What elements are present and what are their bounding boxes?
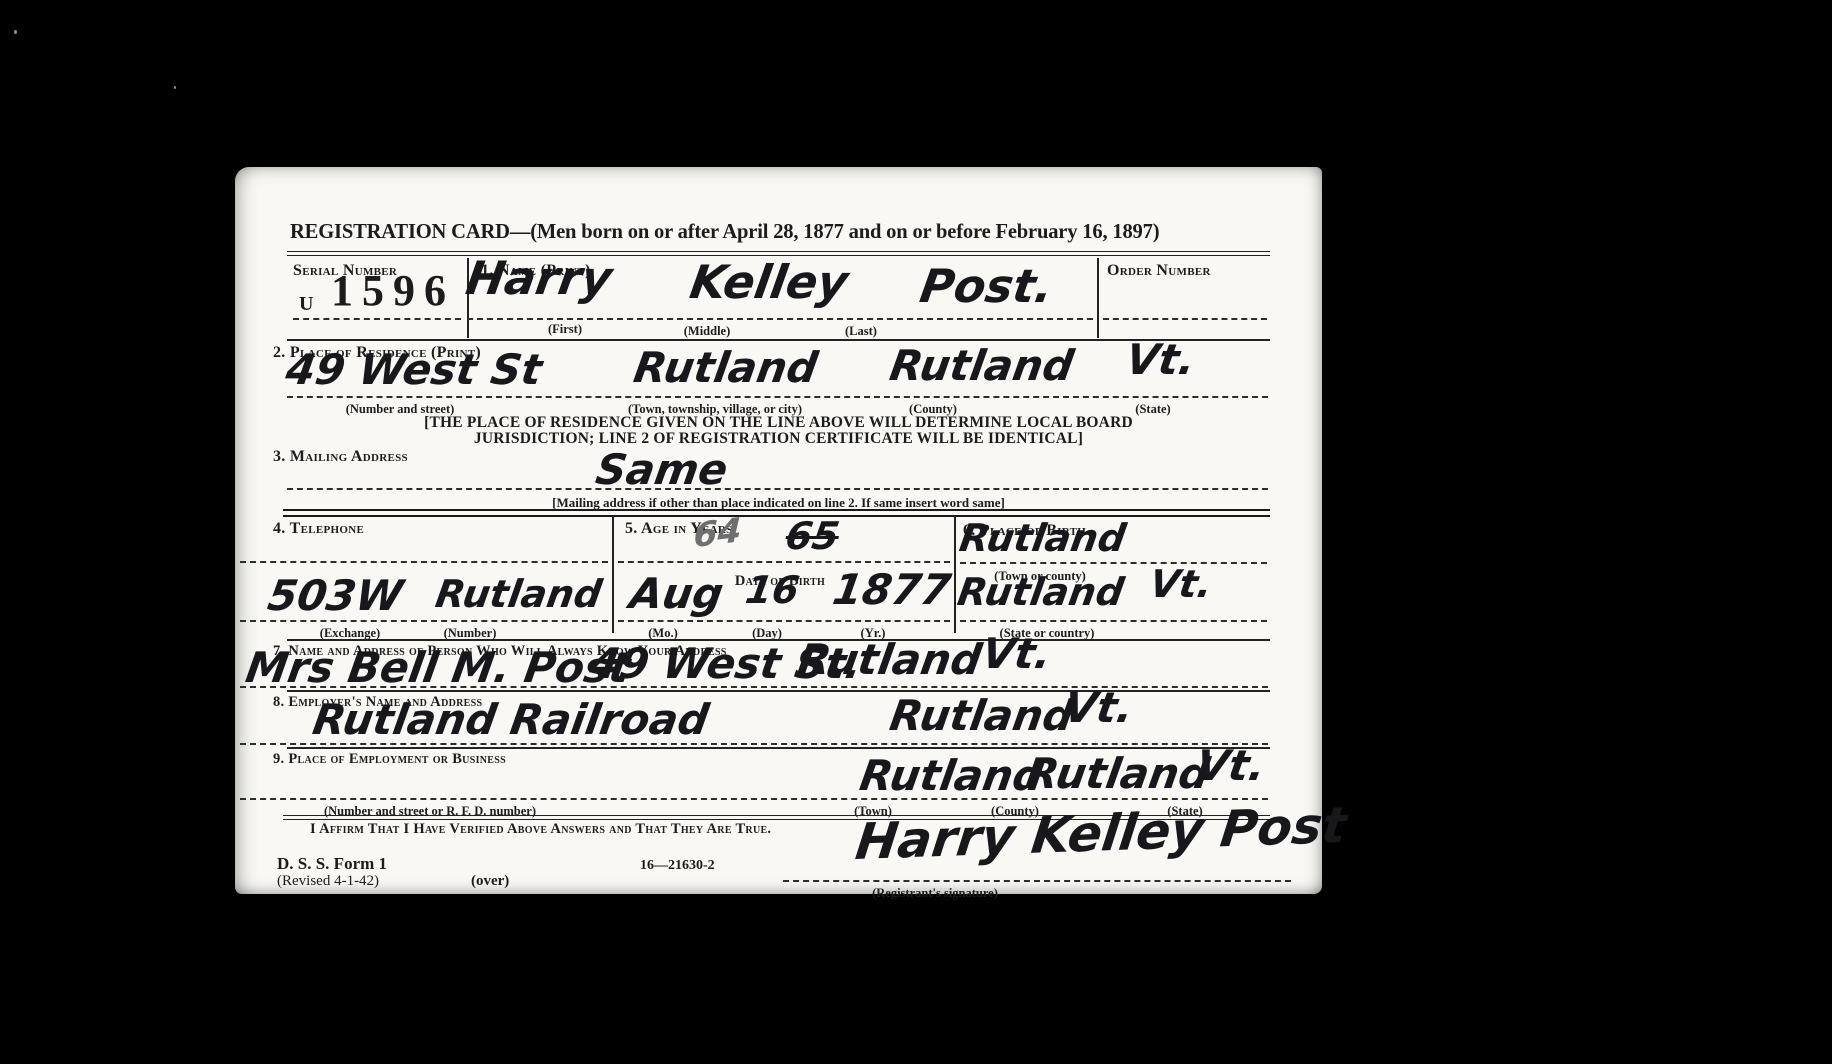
- employment-state-handwritten: Vt.: [1193, 745, 1268, 787]
- mailing-address-handwritten: Same: [593, 449, 730, 491]
- affirmation-text: I Affirm That I Have Verified Above Answ…: [310, 821, 771, 838]
- dob-month-handwritten: Aug: [627, 573, 726, 615]
- age-write-line: [618, 561, 950, 563]
- signature-line: [783, 880, 1291, 882]
- birth-state-abbr-handwritten: Vt.: [1147, 565, 1215, 603]
- residence-town-handwritten: Rutland: [631, 347, 820, 389]
- contact-town-handwritten: Rutland: [795, 639, 984, 681]
- column-divider: [954, 516, 956, 633]
- telephone-number-handwritten: Rutland: [433, 575, 604, 613]
- employment-county-handwritten: Rutland: [1023, 753, 1212, 795]
- dob-day-handwritten: 16: [743, 571, 802, 609]
- scan-speck: [174, 86, 176, 89]
- residence-write-line: [287, 396, 1268, 398]
- mailing-write-line: [287, 488, 1268, 490]
- birth-state-write-line: [960, 620, 1267, 622]
- order-write-line: [1103, 318, 1267, 320]
- column-divider: [612, 516, 614, 633]
- employment-write-line: [240, 798, 1268, 800]
- residence-street-handwritten: 49 West St: [283, 349, 545, 391]
- employer-state-handwritten: Vt.: [1061, 687, 1136, 729]
- employer-name-handwritten: Rutland Railroad: [310, 699, 711, 741]
- serial-number-value: 1596: [331, 269, 455, 313]
- name-write-line: [467, 318, 1093, 320]
- employment-label: 9. Place of Employment or Business: [273, 751, 506, 768]
- contact-state-handwritten: Vt.: [979, 633, 1054, 675]
- column-divider: [1097, 258, 1099, 338]
- contact-name-handwritten: Mrs Bell M. Post: [243, 647, 633, 689]
- mailing-address-label: 3. Mailing Address: [273, 448, 408, 466]
- dob-write-line: [618, 620, 950, 622]
- employer-town-handwritten: Rutland: [887, 695, 1076, 737]
- age-value-struck-handwritten: 65: [783, 517, 842, 555]
- sub-last: (Last): [845, 324, 877, 339]
- birth-state-handwritten: Rutland: [955, 573, 1126, 611]
- name-first-handwritten: Harry: [463, 255, 615, 301]
- residence-county-handwritten: Rutland: [887, 345, 1076, 387]
- employment-town-handwritten: Rutland: [857, 755, 1046, 797]
- print-code: 16—21630-2: [640, 858, 715, 874]
- jurisdiction-notice-line2: JURISDICTION; LINE 2 OF REGISTRATION CER…: [287, 430, 1270, 448]
- form-number: D. S. S. Form 1: [277, 854, 387, 874]
- registrant-signature-handwritten: Harry Kelley Post: [853, 800, 1349, 867]
- sub-registrant-signature: (Registrant's signature): [872, 886, 998, 901]
- residence-state-handwritten: Vt.: [1123, 339, 1198, 381]
- serial-write-line: [293, 318, 461, 320]
- scan-background: REGISTRATION CARD—(Men born on or after …: [0, 0, 1832, 1064]
- scan-speck: [14, 30, 17, 34]
- card-title: REGISTRATION CARD—(Men born on or after …: [290, 219, 1159, 244]
- telephone-label: 4. Telephone: [273, 520, 364, 538]
- telephone-write-line2: [240, 620, 608, 622]
- order-number-label: Order Number: [1107, 262, 1211, 280]
- telephone-write-line: [240, 561, 608, 563]
- birth-town-write-line: [960, 562, 1267, 564]
- sub-first: (First): [548, 322, 582, 337]
- form-revision: (Revised 4-1-42): [277, 873, 379, 890]
- sub-middle: (Middle): [684, 324, 731, 339]
- age-value-light-handwritten: 64: [693, 513, 742, 553]
- telephone-exchange-handwritten: 503W: [265, 575, 406, 617]
- name-middle-handwritten: Kelley: [687, 259, 851, 305]
- row-divider: [287, 339, 1270, 341]
- over-note: (over): [471, 873, 509, 890]
- name-last-handwritten: Post.: [917, 263, 1056, 309]
- serial-prefix: U: [299, 293, 313, 316]
- birth-town-handwritten: Rutland: [957, 519, 1128, 557]
- employer-write-line: [240, 743, 1268, 745]
- registration-card: REGISTRATION CARD—(Men born on or after …: [235, 167, 1322, 894]
- dob-year-handwritten: 1877: [830, 569, 954, 611]
